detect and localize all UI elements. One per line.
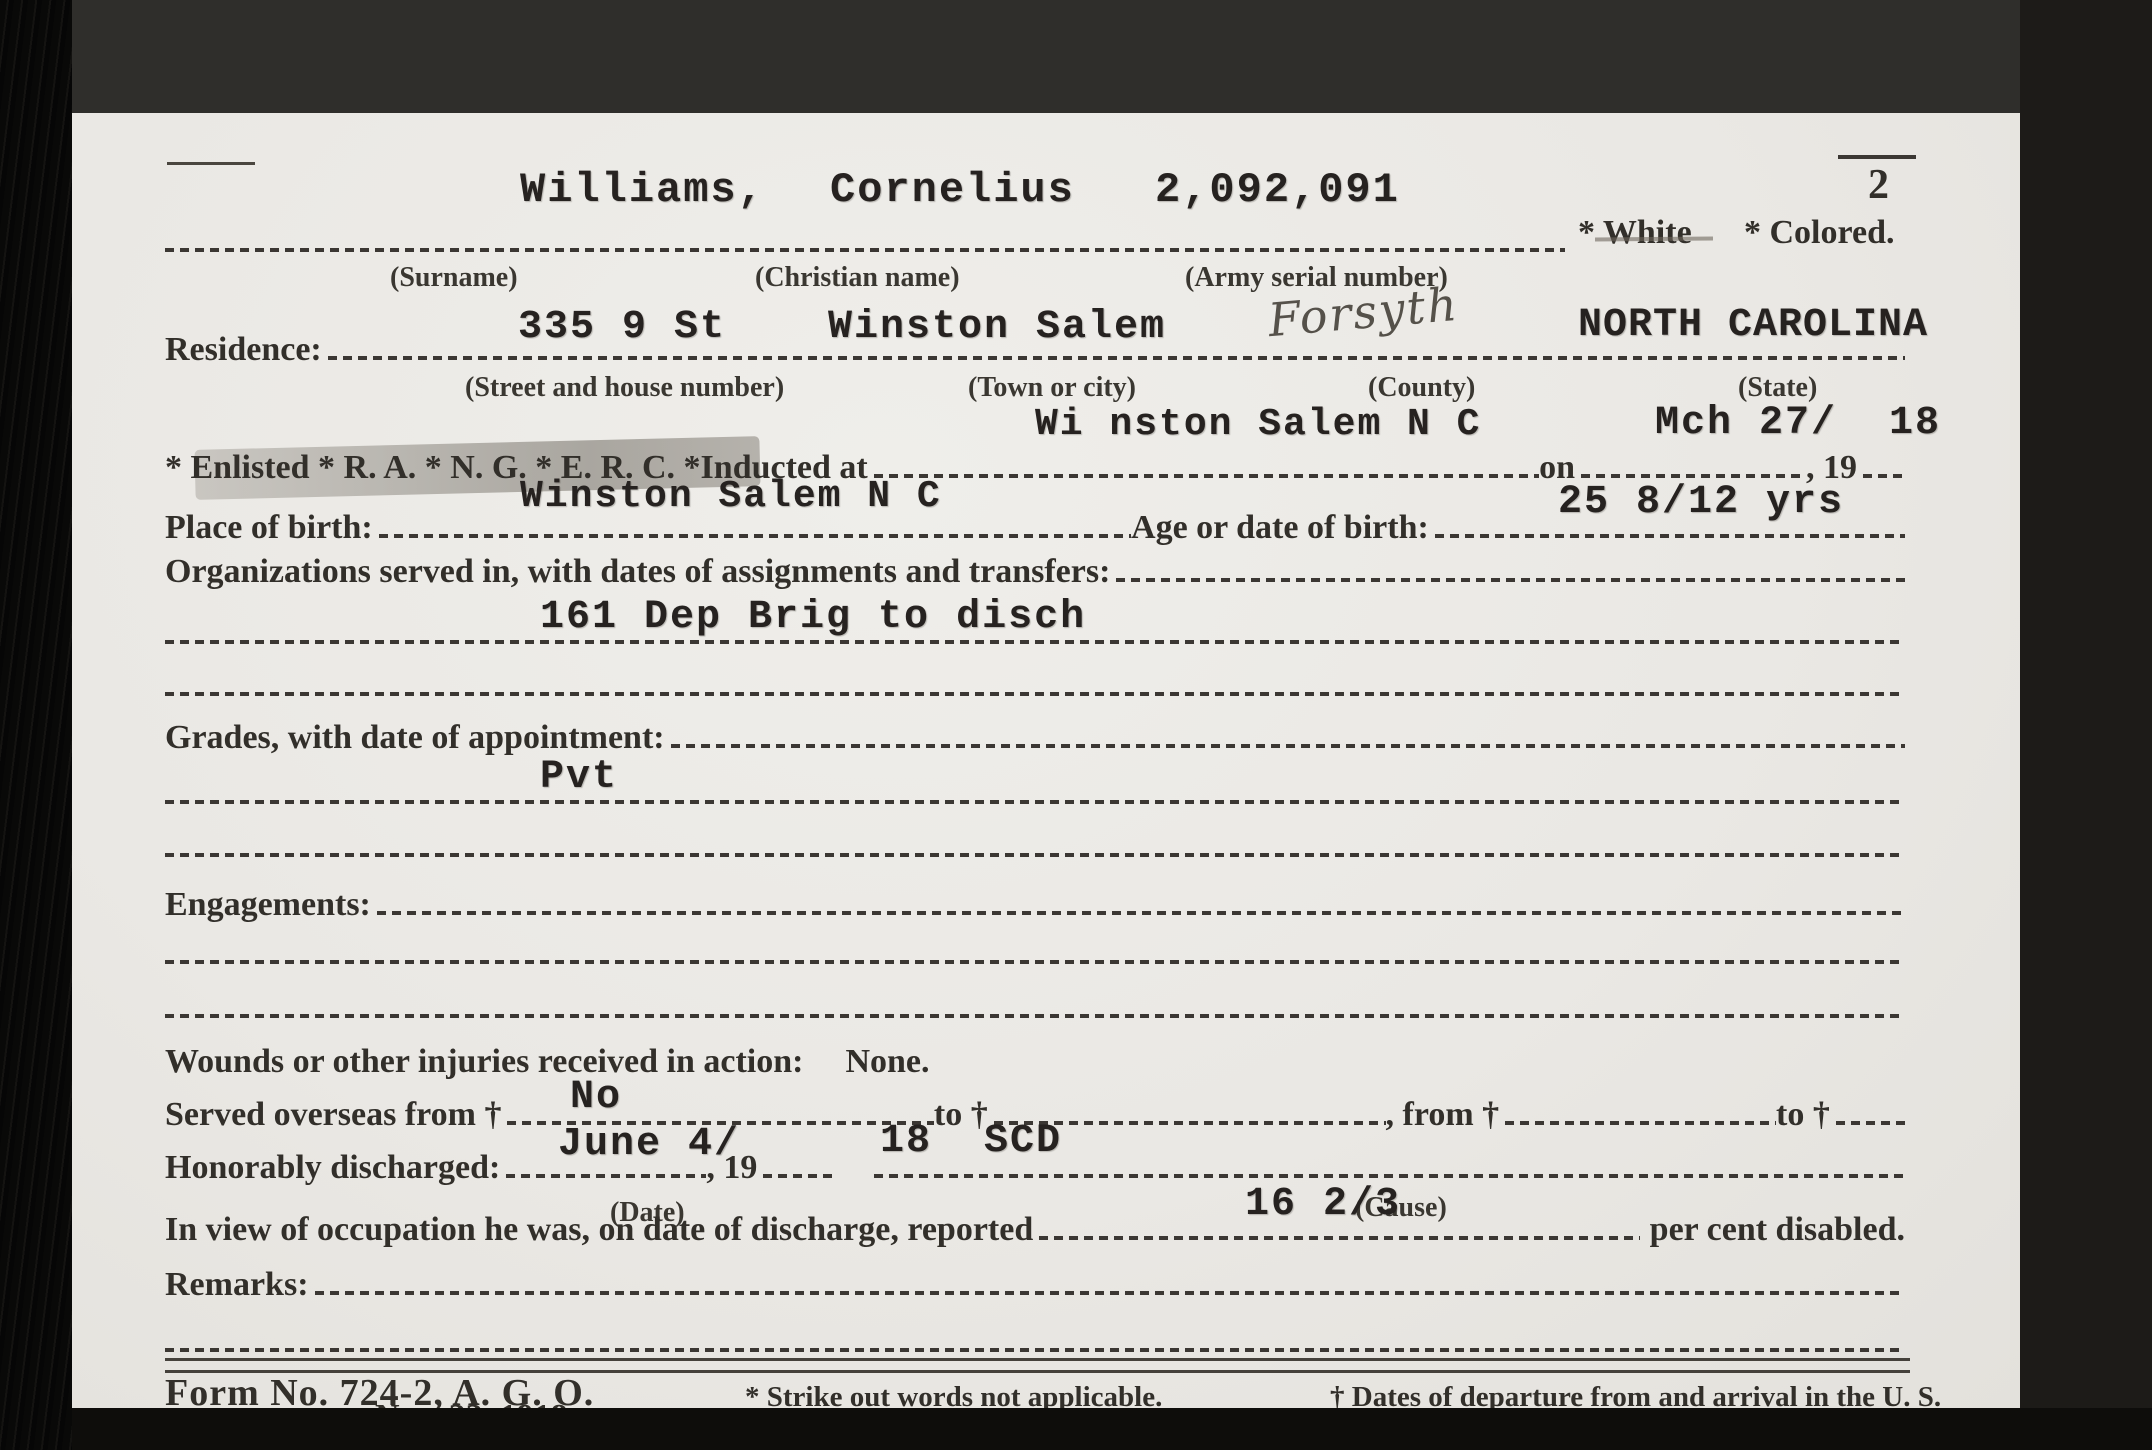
dotted-rule xyxy=(165,1348,1905,1352)
disability-label: In view of occupation he was, on date of… xyxy=(165,1210,1033,1249)
dotted-rule xyxy=(874,474,1539,478)
dotted-rule xyxy=(377,911,1905,915)
overseas-to2-label: to † xyxy=(1776,1095,1830,1134)
wounds-row: Wounds or other injuries received in act… xyxy=(165,1042,1905,1081)
remarks-row: Remarks: xyxy=(165,1265,1905,1304)
remarks-label: Remarks: xyxy=(165,1265,309,1304)
induction-date-value: Mch 27/ 18 xyxy=(1655,401,1941,446)
organizations-label: Organizations served in, with dates of a… xyxy=(165,552,1110,591)
dotted-rule xyxy=(165,800,1905,804)
inducted-place-value: Wi nston Salem N C xyxy=(1035,403,1481,446)
service-record-card: Williams, Cornelius 2,092,091 2 * White … xyxy=(72,113,2020,1408)
overseas-from-label: Served overseas from † xyxy=(165,1095,501,1134)
serial-number-value: 2,092,091 xyxy=(1155,166,1400,214)
dotted-rule xyxy=(315,1291,1905,1295)
scan-background-left xyxy=(0,0,72,1450)
strike-note: * Strike out words not applicable. xyxy=(745,1381,1162,1408)
engagements-row: Engagements: xyxy=(165,885,1905,924)
page-number-overline xyxy=(1838,155,1916,159)
race-colored-label: * Colored. xyxy=(1744,213,1894,252)
wounds-label: Wounds or other injuries received in act… xyxy=(165,1042,803,1081)
dotted-rule xyxy=(1039,1236,1639,1240)
dotted-rule xyxy=(379,534,1131,538)
surname-sublabel: (Surname) xyxy=(390,262,518,294)
disability-suffix: per cent disabled. xyxy=(1650,1210,1905,1249)
dotted-rule xyxy=(1863,474,1905,478)
dotted-rule xyxy=(165,853,1905,857)
dotted-rule xyxy=(1116,578,1905,582)
scan-background-top xyxy=(0,0,2152,113)
age-label: Age or date of birth: xyxy=(1131,508,1429,547)
scanned-service-record: Williams, Cornelius 2,092,091 2 * White … xyxy=(0,0,2152,1450)
dotted-rule xyxy=(165,1014,1905,1018)
residence-label: Residence: xyxy=(165,330,322,369)
page-number: 2 xyxy=(1868,161,1889,209)
dotted-rule xyxy=(506,1174,706,1178)
residence-row: Residence: xyxy=(165,330,1905,369)
dotted-rule xyxy=(1435,534,1905,538)
scan-background-right xyxy=(2020,0,2152,1450)
birth-label: Place of birth: xyxy=(165,508,373,547)
dotted-rule xyxy=(1581,474,1806,478)
race-white-label: * White xyxy=(1578,213,1692,252)
christian-name-sublabel: (Christian name) xyxy=(755,262,960,294)
form-revision-clipped: Nov. 22, 1918 xyxy=(375,1397,568,1408)
scan-background-bottom xyxy=(0,1408,2152,1450)
dotted-rule xyxy=(165,640,1905,644)
county-sublabel: (County) xyxy=(1368,372,1475,404)
dotted-rule xyxy=(874,1174,1905,1178)
disability-row: In view of occupation he was, on date of… xyxy=(165,1210,1905,1249)
grade-value: Pvt xyxy=(540,755,618,800)
dotted-rule xyxy=(1836,1121,1905,1125)
dagger-note: † Dates of departure from and arrival in… xyxy=(1330,1381,1941,1408)
street-sublabel: (Street and house number) xyxy=(465,372,784,404)
dotted-rule xyxy=(1505,1121,1776,1125)
grades-row: Grades, with date of appointment: xyxy=(165,718,1905,757)
dotted-rule xyxy=(165,960,1905,964)
discharge-label: Honorably discharged: xyxy=(165,1148,500,1187)
dotted-rule xyxy=(165,692,1905,696)
town-sublabel: (Town or city) xyxy=(968,372,1136,404)
dotted-rule xyxy=(763,1174,838,1178)
stray-mark-line xyxy=(167,162,255,165)
christian-name-value: Cornelius xyxy=(830,166,1075,214)
dotted-rule xyxy=(328,356,1905,360)
state-sublabel: (State) xyxy=(1738,372,1817,404)
name-rule xyxy=(165,248,1565,252)
discharge-row: Honorably discharged: , 19 xyxy=(165,1148,1905,1187)
gap xyxy=(838,1186,868,1187)
dotted-rule xyxy=(671,744,1905,748)
engagements-label: Engagements: xyxy=(165,885,371,924)
white-strikethrough xyxy=(1595,236,1713,241)
organizations-row: Organizations served in, with dates of a… xyxy=(165,552,1905,591)
discharge-year-label: , 19 xyxy=(706,1148,757,1187)
birth-row: Place of birth: Age or date of birth: xyxy=(165,508,1905,547)
wounds-value: None. xyxy=(845,1042,929,1081)
double-rule xyxy=(165,1358,1910,1373)
surname-value: Williams, xyxy=(520,166,765,214)
organizations-value: 161 Dep Brig to disch xyxy=(540,595,1086,640)
overseas-from2-label: , from † xyxy=(1386,1095,1500,1134)
grades-label: Grades, with date of appointment: xyxy=(165,718,665,757)
